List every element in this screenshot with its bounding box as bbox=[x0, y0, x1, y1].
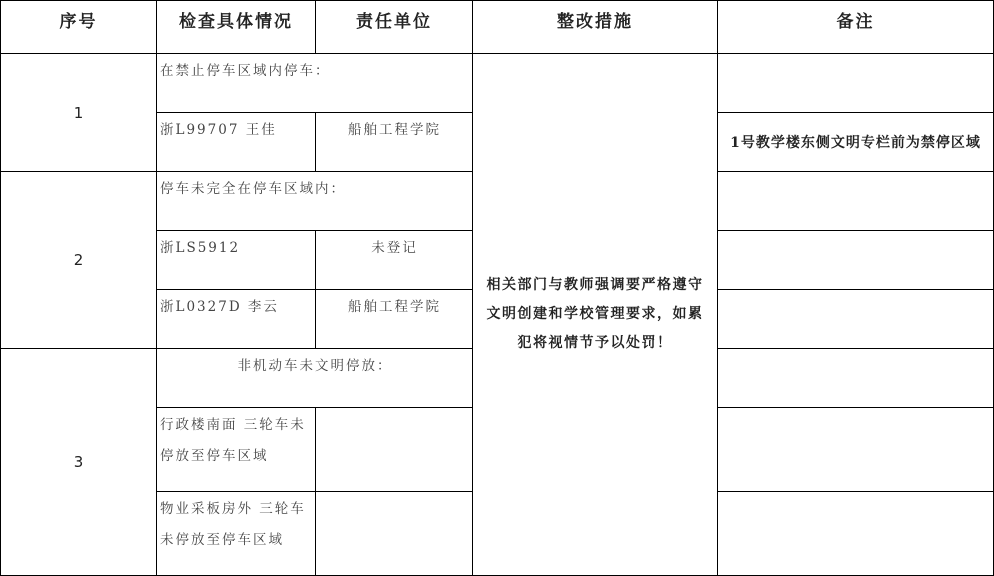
remark-cell bbox=[717, 407, 994, 492]
remark-cell bbox=[717, 171, 994, 231]
seq-cell-3: 3 bbox=[0, 348, 157, 576]
unit-cell bbox=[315, 491, 473, 576]
measures-cell: 相关部门与教师强调要严格遵守文明创建和学校管理要求，如累犯将视情节予以处罚！ bbox=[472, 53, 718, 576]
unit-cell: 未登记 bbox=[315, 230, 473, 290]
remark-cell bbox=[717, 348, 994, 408]
remark-cell bbox=[717, 53, 994, 113]
group-title-3: 非机动车未文明停放： bbox=[156, 348, 473, 408]
unit-cell: 船舶工程学院 bbox=[315, 289, 473, 349]
header-unit: 责任单位 bbox=[315, 0, 473, 54]
header-seq: 序号 bbox=[0, 0, 157, 54]
detail-cell: 浙L0327D 李云 bbox=[156, 289, 316, 349]
unit-cell bbox=[315, 407, 473, 492]
group-title-2: 停车未完全在停车区域内： bbox=[156, 171, 473, 231]
remark-cell bbox=[717, 230, 994, 290]
remark-cell: 1号教学楼东侧文明专栏前为禁停区域 bbox=[717, 112, 994, 172]
inspection-table: 序号 检查具体情况 责任单位 整改措施 备注 1 2 3 在禁止停车区域内停车：… bbox=[0, 0, 994, 576]
unit-cell: 船舶工程学院 bbox=[315, 112, 473, 172]
remark-cell bbox=[717, 289, 994, 349]
remark-cell bbox=[717, 491, 994, 576]
detail-cell: 浙LS5912 bbox=[156, 230, 316, 290]
measures-text: 相关部门与教师强调要严格遵守文明创建和学校管理要求，如累犯将视情节予以处罚！ bbox=[479, 271, 711, 358]
group-title-1: 在禁止停车区域内停车： bbox=[156, 53, 473, 113]
header-measures: 整改措施 bbox=[472, 0, 718, 54]
seq-cell-1: 1 bbox=[0, 53, 157, 172]
detail-cell: 行政楼南面 三轮车未停放至停车区域 bbox=[156, 407, 316, 492]
detail-cell: 物业采板房外 三轮车未停放至停车区域 bbox=[156, 491, 316, 576]
seq-cell-2: 2 bbox=[0, 171, 157, 349]
detail-cell: 浙L99707 王佳 bbox=[156, 112, 316, 172]
header-remarks: 备注 bbox=[717, 0, 994, 54]
header-situation: 检查具体情况 bbox=[156, 0, 316, 54]
